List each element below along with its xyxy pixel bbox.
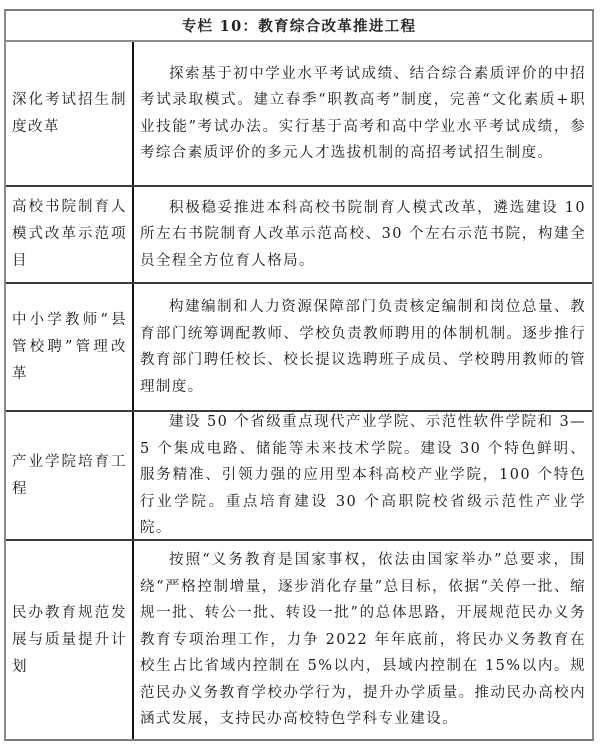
- table-row: 高校书院制育人模式改革示范项目 积极稳妥推进本科高校书院制育人模式改革，遴选建设…: [6, 187, 592, 284]
- row-label: 深化考试招生制度改革: [6, 42, 134, 185]
- row-content-text: 积极稳妥推进本科高校书院制育人模式改革，遴选建设 10 所左右书院制育人改革示范…: [140, 195, 586, 275]
- row-label: 产业学院培育工程: [6, 412, 134, 539]
- row-content-text: 按照“义务教育是国家事权，依法由国家举办”总要求，围绕“严格控制增量，逐步消化存…: [140, 547, 586, 733]
- table-row: 深化考试招生制度改革 探索基于初中学业水平考试成绩、结合综合素质评价的中招考试录…: [6, 42, 592, 187]
- row-content: 探索基于初中学业水平考试成绩、结合综合素质评价的中招考试录取模式。建立春季“职教…: [134, 42, 592, 185]
- table-row: 中小学教师“县管校聘”管理改革 构建编制和人力资源保障部门负责核定编制和岗位总量…: [6, 284, 592, 412]
- row-content-text: 建设 50 个省级重点现代产业学院、示范性软件学院和 3—5 个集成电路、储能等…: [140, 409, 586, 542]
- row-label-text: 高校书院制育人模式改革示范项目: [12, 194, 127, 275]
- row-label-text: 产业学院培育工程: [12, 449, 127, 503]
- row-content: 构建编制和人力资源保障部门负责核定编制和岗位总量、教育部门统筹调配教师、学校负责…: [134, 284, 592, 410]
- table-row: 产业学院培育工程 建设 50 个省级重点现代产业学院、示范性软件学院和 3—5 …: [6, 412, 592, 541]
- row-label-text: 民办教育规范发展与质量提升计划: [12, 600, 127, 681]
- table-title: 专栏 10：教育综合改革推进工程: [6, 11, 592, 42]
- table-row: 民办教育规范发展与质量提升计划 按照“义务教育是国家事权，依法由国家举办”总要求…: [6, 541, 592, 739]
- row-content: 建设 50 个省级重点现代产业学院、示范性软件学院和 3—5 个集成电路、储能等…: [134, 412, 592, 539]
- row-label-text: 中小学教师“县管校聘”管理改革: [12, 307, 127, 388]
- row-content-text: 构建编制和人力资源保障部门负责核定编制和岗位总量、教育部门统筹调配教师、学校负责…: [140, 294, 586, 400]
- row-content: 按照“义务教育是国家事权，依法由国家举办”总要求，围绕“严格控制增量，逐步消化存…: [134, 541, 592, 739]
- row-content-text: 探索基于初中学业水平考试成绩、结合综合素质评价的中招考试录取模式。建立春季“职教…: [140, 61, 586, 167]
- education-reform-table: 专栏 10：教育综合改革推进工程 深化考试招生制度改革 探索基于初中学业水平考试…: [4, 9, 594, 741]
- row-label-text: 深化考试招生制度改革: [12, 87, 127, 141]
- row-label: 中小学教师“县管校聘”管理改革: [6, 284, 134, 410]
- row-label: 民办教育规范发展与质量提升计划: [6, 541, 134, 739]
- row-label: 高校书院制育人模式改革示范项目: [6, 187, 134, 282]
- row-content: 积极稳妥推进本科高校书院制育人模式改革，遴选建设 10 所左右书院制育人改革示范…: [134, 187, 592, 282]
